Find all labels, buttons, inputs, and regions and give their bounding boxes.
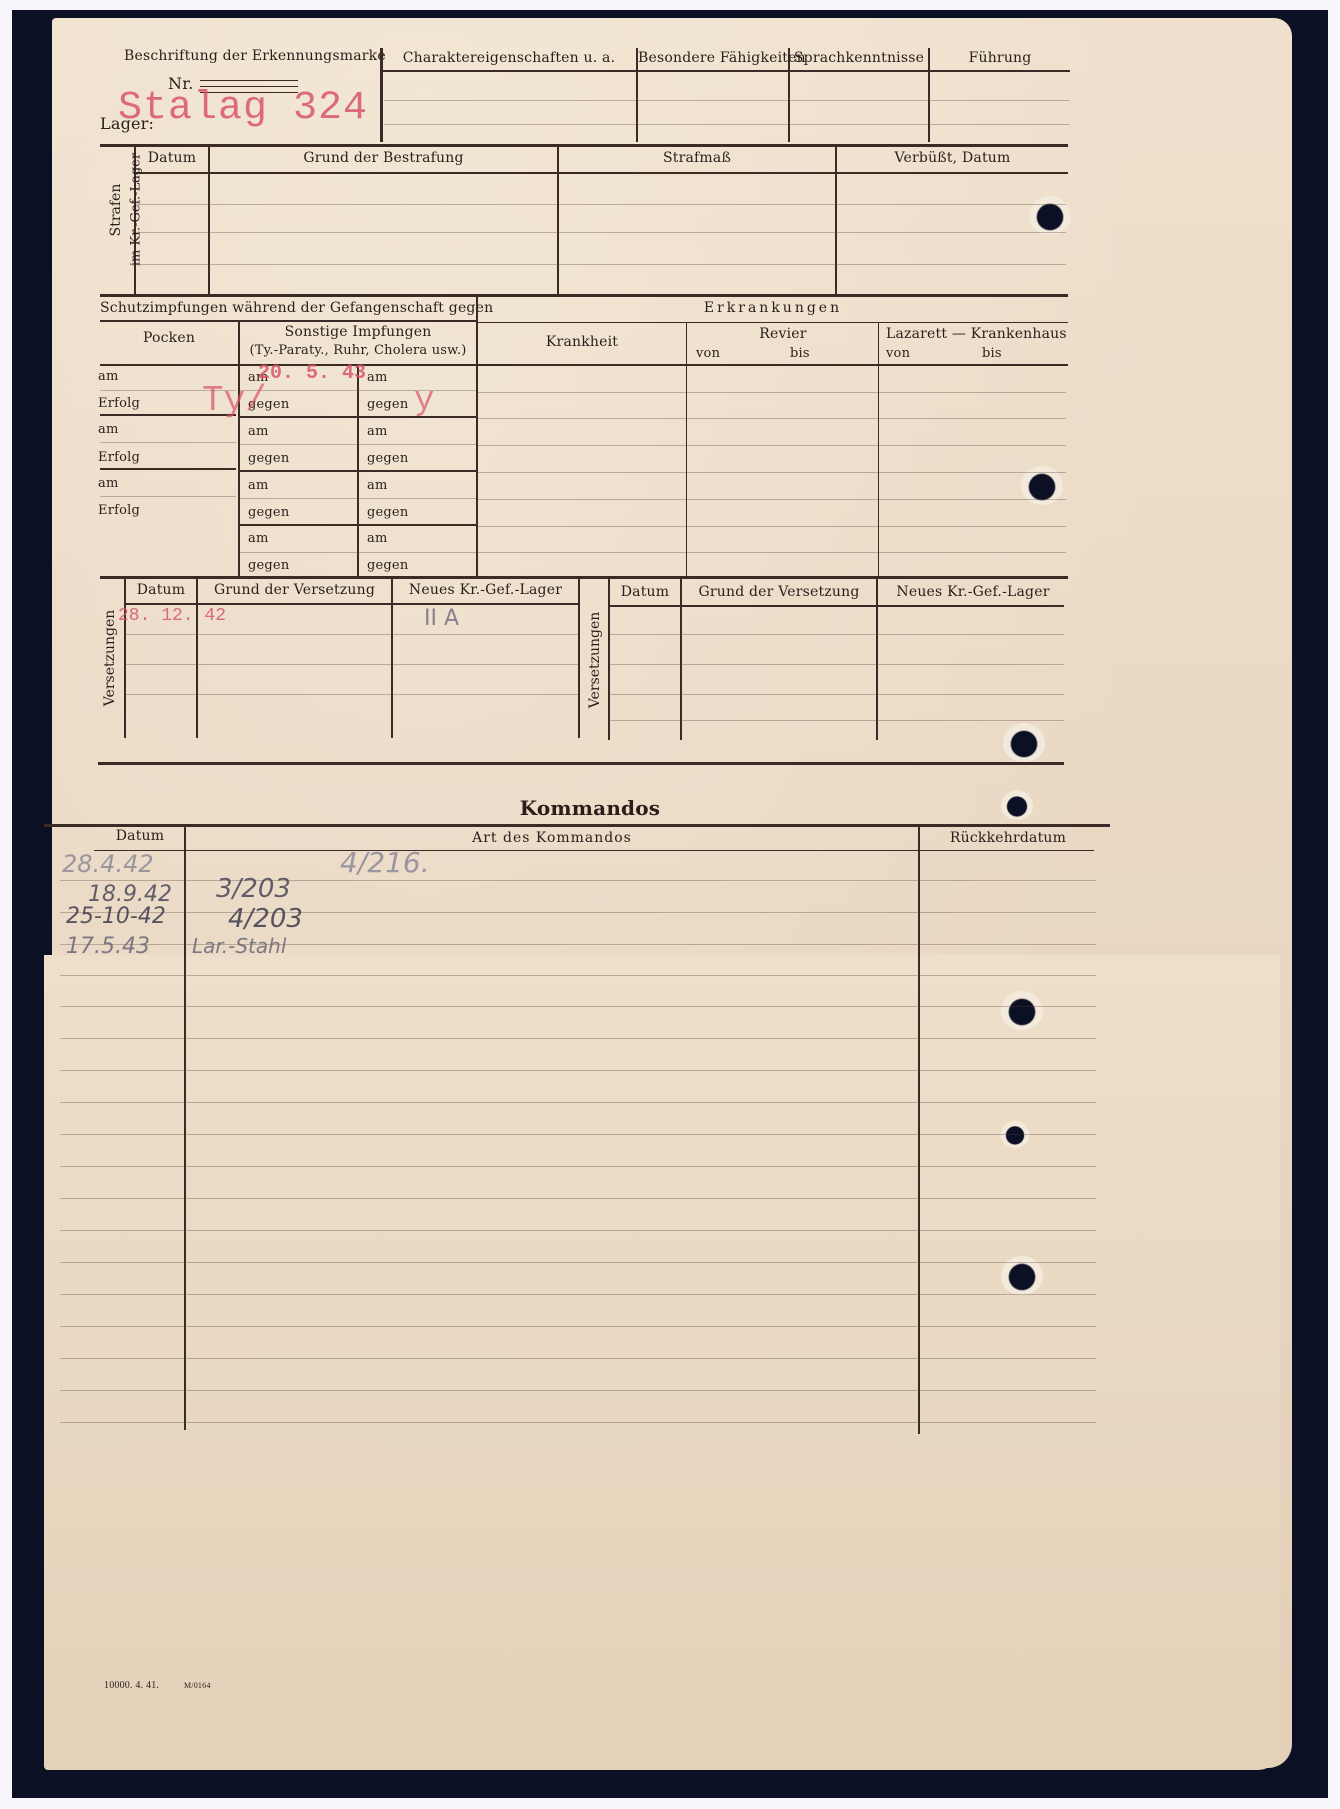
impf-stamp-left: Ty/: [202, 380, 267, 421]
versetzungen-side-label: Versetzungen: [102, 598, 118, 718]
print-ref: M/0164: [184, 1681, 211, 1690]
lazarett-label: Lazarett — Krankenhaus: [886, 326, 1067, 342]
komm-entry-date: 25-10-42: [66, 904, 166, 929]
punch-hole: [1028, 195, 1072, 235]
col-fuehrung: Führung: [930, 50, 1070, 66]
impf-stamp-right: y: [414, 382, 434, 420]
strafen-side-label: Strafen: [108, 150, 124, 270]
lager-stamp: Stalag 324: [118, 86, 368, 131]
erkennungsmarke-label: Beschriftung der Erkennungsmarke: [124, 48, 386, 64]
strafen-col-verbuesst: Verbüßt, Datum: [837, 150, 1068, 166]
vers-col-lager: Neues Kr.-Gef.-Lager: [393, 582, 578, 598]
document-lower-half: [44, 955, 1280, 1770]
pocken-am-2: am: [98, 422, 118, 437]
impf-stamp-date: 20. 5. 43: [258, 362, 366, 385]
sonstige-am: am: [248, 424, 268, 439]
komm-entry-art: 3/203: [216, 874, 291, 904]
vers-entry-lager: II A: [424, 606, 459, 631]
sonstige-am: am: [367, 424, 387, 439]
sonstige-am: am: [367, 370, 387, 385]
strafen-col-datum: Datum: [136, 150, 208, 166]
vers2-col-datum: Datum: [610, 584, 680, 600]
pocken-erfolg-1: Erfolg: [98, 396, 140, 411]
sonstige-gegen: gegen: [367, 558, 408, 573]
sonstige-gegen: gegen: [367, 397, 408, 412]
impfungen-title: Schutzimpfungen während der Gefangenscha…: [100, 300, 476, 316]
vers2-col-grund: Grund der Versetzung: [682, 584, 876, 600]
lazarett-von: von: [886, 346, 910, 361]
col-faehigkeiten: Besondere Fähigkeiten: [638, 50, 788, 66]
krankheit-label: Krankheit: [478, 334, 686, 350]
sonstige-label: Sonstige Impfungen: [240, 324, 476, 340]
vers-entry-date: 28. 12. 42: [118, 606, 226, 626]
pocken-am-1: am: [98, 369, 118, 384]
komm-col-art: Art des Kommandos: [186, 830, 918, 846]
komm-entry-art: 4/203: [228, 904, 303, 934]
col-sprachkenntnisse: Sprachkenntnisse: [790, 50, 928, 66]
sonstige-am: am: [367, 531, 387, 546]
vers2-col-lager: Neues Kr.-Gef.-Lager: [878, 584, 1068, 600]
punch-hole: [1000, 990, 1044, 1030]
versetzungen-side-label-2: Versetzungen: [587, 600, 603, 720]
pocken-label: Pocken: [100, 330, 238, 346]
revier-bis: bis: [790, 346, 810, 361]
sonstige-gegen: gegen: [248, 451, 289, 466]
kommandos-title: Kommandos: [420, 796, 760, 820]
komm-col-rueckkehr: Rückkehrdatum: [920, 830, 1096, 846]
pocken-erfolg-2: Erfolg: [98, 450, 140, 465]
komm-entry-art: 4/216.: [340, 846, 430, 879]
sonstige-gegen: gegen: [248, 558, 289, 573]
vers-col-grund: Grund der Versetzung: [198, 582, 391, 598]
revier-label: Revier: [688, 326, 878, 342]
strafen-side-label-2: im Kr.-Gef.-Lager: [129, 150, 144, 270]
sonstige-am: am: [367, 478, 387, 493]
strafen-col-grund: Grund der Bestrafung: [210, 150, 557, 166]
komm-entry-date: 17.5.43: [66, 934, 150, 959]
sonstige-am: am: [248, 478, 268, 493]
komm-entry-art: Lar.-Stahl: [192, 934, 286, 958]
pocken-erfolg-3: Erfolg: [98, 503, 140, 518]
punch-hole: [1000, 790, 1034, 820]
sonstige-am: am: [248, 531, 268, 546]
strafen-col-strafmass: Strafmaß: [559, 150, 835, 166]
sonstige-gegen: gegen: [248, 505, 289, 520]
vers-col-datum: Datum: [126, 582, 196, 598]
erkrankungen-title: Erkrankungen: [478, 300, 1068, 316]
col-charakter: Charaktereigenschaften u. a.: [384, 50, 634, 66]
sonstige-sub: (Ty.-Paraty., Ruhr, Cholera usw.): [240, 343, 476, 358]
punch-hole: [1000, 1255, 1044, 1295]
punch-hole: [1002, 722, 1046, 762]
pocken-am-3: am: [98, 476, 118, 491]
print-code: 10000. 4. 41.: [104, 1680, 159, 1691]
komm-col-datum: Datum: [96, 828, 184, 844]
sonstige-gegen: gegen: [367, 451, 408, 466]
revier-von: von: [696, 346, 720, 361]
lazarett-bis: bis: [982, 346, 1002, 361]
komm-entry-date: 28.4.42: [62, 850, 154, 878]
sonstige-gegen: gegen: [367, 505, 408, 520]
